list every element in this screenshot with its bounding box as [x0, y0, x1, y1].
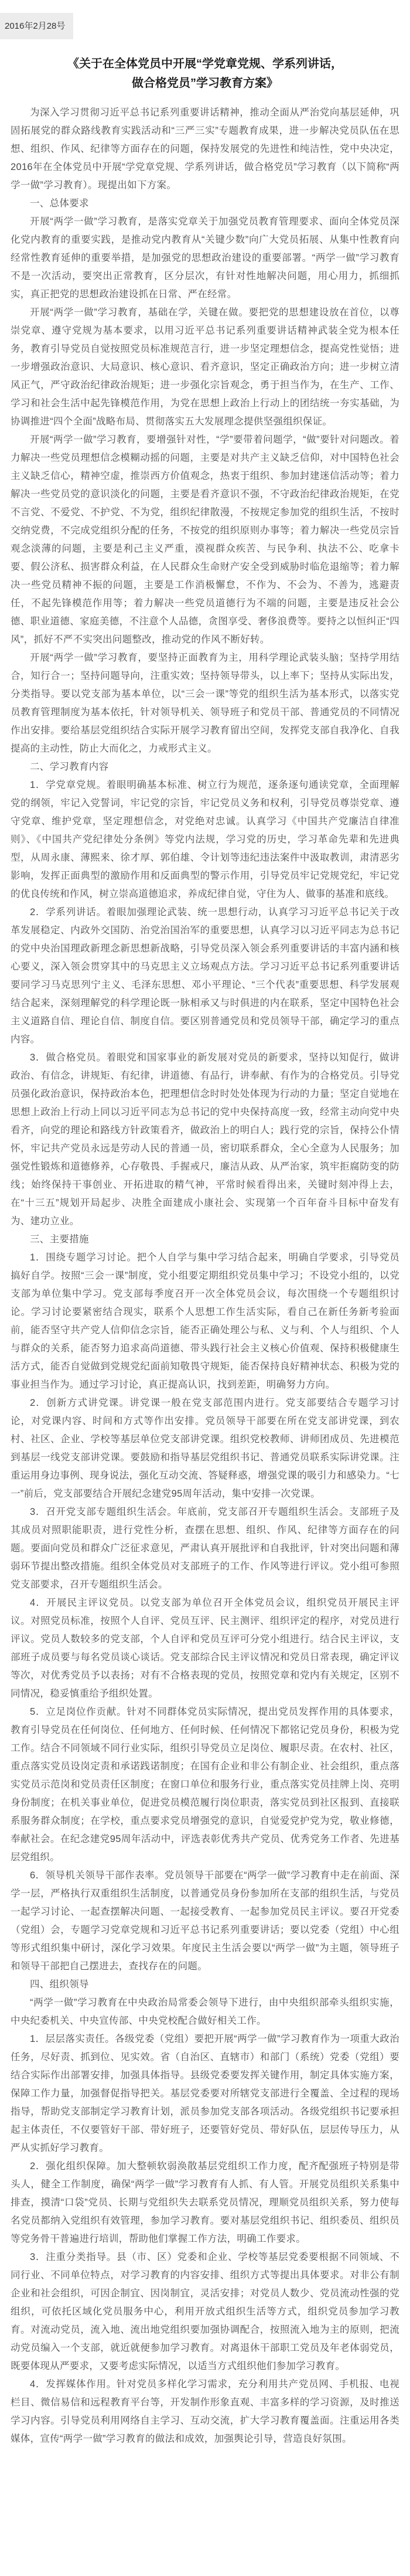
- paragraph: 开展“两学一做”学习教育，基础在学，关键在做。要把党的思想建设放在首位，以尊崇党…: [11, 304, 399, 431]
- paragraph: 开展“两学一做”学习教育，要增强针对性，“学”要带着问题学，“做”要针对问题改。…: [11, 431, 399, 649]
- section-heading: 二、学习教育内容: [11, 758, 399, 776]
- paragraph: 4．开展民主评议党员。以党支部为单位召开全体党员会议，组织党员开展民主评议。对照…: [11, 1594, 399, 1703]
- section-heading: 四、组织领导: [11, 1976, 399, 1994]
- paragraph: 2．创新方式讲党课。讲党课一般在党支部范围内进行。党支部要结合专题学习讨论，对党…: [11, 1394, 399, 1503]
- paragraph: 1．学党章党规。着眼明确基本标准、树立行为规范，逐条逐句通读党章，全面理解党的纲…: [11, 776, 399, 903]
- paragraph: “两学一做”学习教育在中央政治局常委会领导下进行，由中央组织部牵头组织实施，中央…: [11, 1994, 399, 2030]
- paragraph: 1．围绕专题学习讨论。把个人自学与集中学习结合起来，明确自学要求，引导党员搞好自…: [11, 1249, 399, 1394]
- date-badge: 2016年2月28号: [0, 13, 73, 39]
- paragraph: 6．领导机关领导干部作表率。党员领导干部要在“两学一做”学习教育中走在前面、深学…: [11, 1867, 399, 1976]
- section-heading: 三、主要措施: [11, 1231, 399, 1249]
- paragraph: 2．学系列讲话。着眼加强理论武装、统一思想行动，认真学习习近平总书记关于改革发展…: [11, 903, 399, 1049]
- document-page: 2016年2月28号 《关于在全体党员中开展“学党章党规、学系列讲话， 做合格党…: [0, 0, 410, 2576]
- paragraph: 2．强化组织保障。加大整顿软弱涣散基层党组织工作力度，配齐配强班子特别是带头人，…: [11, 2157, 399, 2248]
- document-title-line1: 《关于在全体党员中开展“学党章党规、学系列讲话，: [14, 55, 396, 74]
- document-title: 《关于在全体党员中开展“学党章党规、学系列讲话， 做合格党员”学习教育方案》: [14, 55, 396, 93]
- paragraph: 4．发挥媒体作用。针对党员多样化学习需求，充分利用共产党员网、手机报、电视栏目、…: [11, 2376, 399, 2448]
- paragraph: 5．立足岗位作贡献。针对不同群体党员实际情况，提出党员发挥作用的具体要求，教育引…: [11, 1703, 399, 1867]
- paragraph: 3．召开党支部专题组织生活会。年底前，党支部召开专题组织生活会。支部班子及其成员…: [11, 1503, 399, 1594]
- paragraph: 开展“两学一做”学习教育，要坚持正面教育为主，用科学理论武装头脑；坚持学用结合，…: [11, 649, 399, 758]
- paragraph: 为深入学习贯彻习近平总书记系列重要讲话精神，推动全面从严治党向基层延伸，巩固拓展…: [11, 104, 399, 195]
- document-title-line2: 做合格党员”学习教育方案》: [14, 74, 396, 93]
- paragraph: 开展“两学一做”学习教育，是落实党章关于加强党员教育管理要求、面向全体党员深化党…: [11, 213, 399, 304]
- paragraph: 3．做合格党员。着眼党和国家事业的新发展对党员的新要求，坚持以知促行，做讲政治、…: [11, 1049, 399, 1231]
- paragraph: 3．注重分类指导。县（市、区）党委和企业、学校等基层党委要根据不同领域、不同行业…: [11, 2248, 399, 2376]
- paragraph: 1．层层落实责任。各级党委（党组）要把开展“两学一做”学习教育作为一项重大政治任…: [11, 2030, 399, 2157]
- document-body: 为深入学习贯彻习近平总书记系列重要讲话精神，推动全面从严治党向基层延伸，巩固拓展…: [0, 104, 410, 2466]
- section-heading: 一、总体要求: [11, 195, 399, 213]
